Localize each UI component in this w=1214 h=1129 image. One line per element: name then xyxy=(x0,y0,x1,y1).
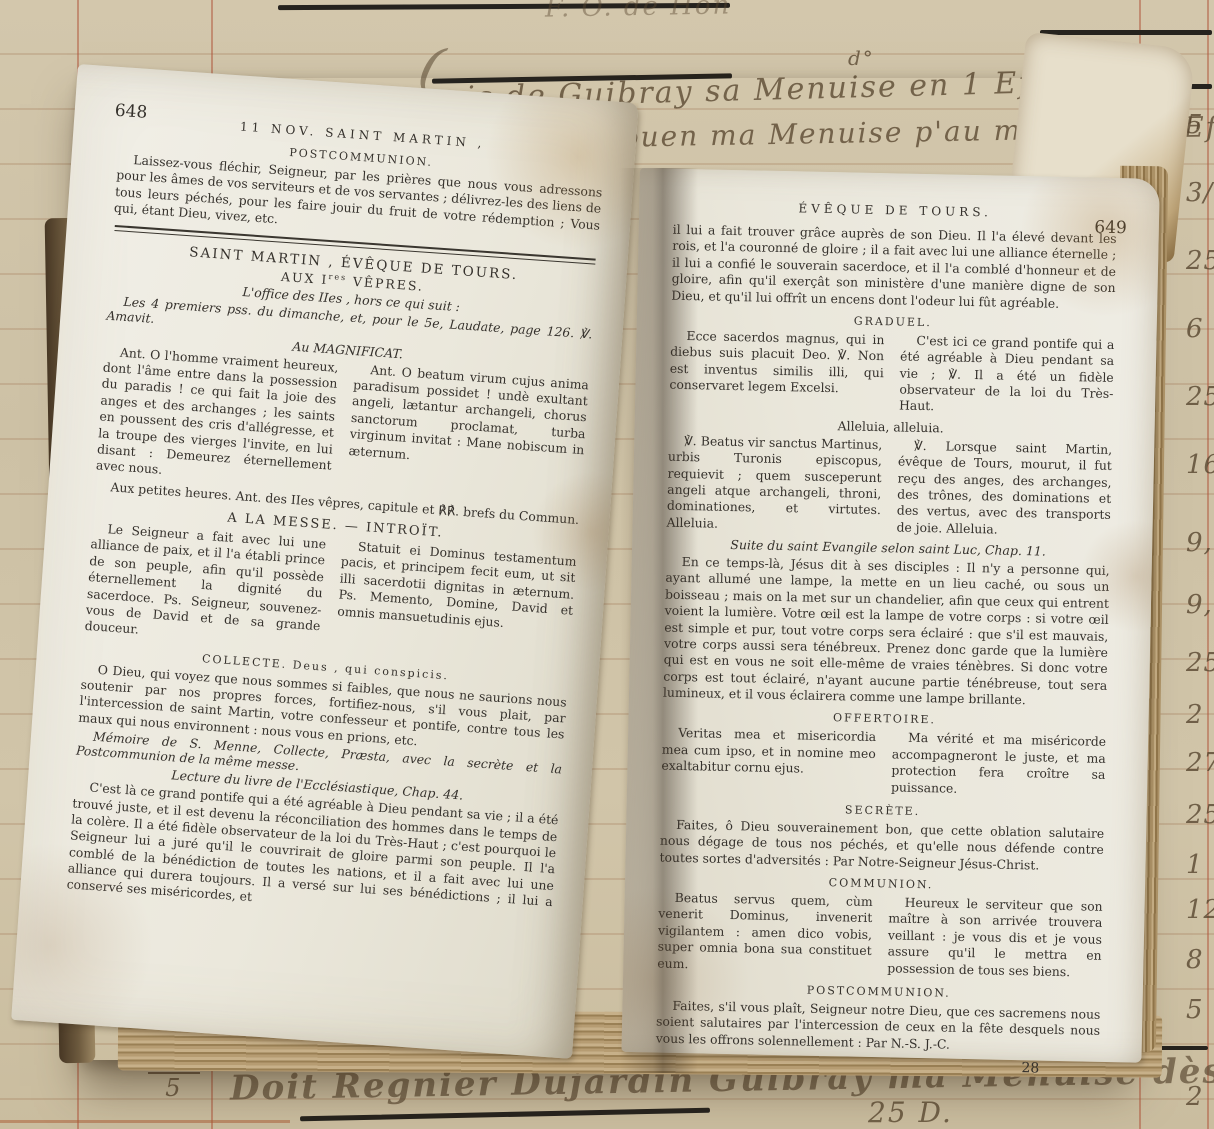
right-page-number: 649 xyxy=(1094,218,1127,239)
ledger-margin-number: 25 xyxy=(1186,800,1214,830)
introit-french: Le Seigneur a fait avec lui une alliance… xyxy=(84,520,326,651)
ledger-amount-bottom: 25 D. xyxy=(868,1096,953,1129)
graduel-columns: Ecce sacerdos magnus, qui in diebus suis… xyxy=(669,328,1115,421)
vespers-heading-sup: res xyxy=(328,272,347,282)
open-book: 648 11 NOV. SAINT MARTIN , POSTCOMMUNION… xyxy=(52,48,1170,1080)
ledger-margin-number: 9, xyxy=(1186,528,1213,558)
right-page: ÉVÊQUE DE TOURS. 649 il lui a fait trouv… xyxy=(621,168,1159,1063)
ledger-margin-number: 12 xyxy=(1186,895,1214,925)
photo-of-open-missal-on-ledger: { "colors":{"ledger_paper":"#cec2a7","le… xyxy=(0,0,1214,1129)
lecture-continuation-text: il lui a fait trouver grâce auprès de so… xyxy=(671,222,1117,313)
right-running-title: ÉVÊQUE DE TOURS. xyxy=(798,201,992,219)
alleluia-verse-french: ℣. Lorsque saint Martin, évêque de Tours… xyxy=(896,437,1112,540)
ledger-vertical-rule xyxy=(1207,0,1209,1129)
ledger-margin-number: 6 xyxy=(1186,314,1204,344)
communion-latin: Beatus servus quem, cùm venerit Dominus,… xyxy=(657,890,873,976)
offertoire-latin: Veritas mea et misericordia mea cum ipso… xyxy=(661,725,876,795)
offertoire-columns: Veritas mea et misericordia mea cum ipso… xyxy=(661,725,1106,802)
right-page-header: ÉVÊQUE DE TOURS. 649 xyxy=(673,195,1117,223)
vespers-heading-suffix: VÊPRES. xyxy=(346,273,424,293)
ledger-handwriting-top-faint: F. O. de Hon xyxy=(545,0,732,24)
ledger-margin-number: 3/ xyxy=(1186,178,1213,208)
graduel-french: C'est ici ce grand pontife qui a été agr… xyxy=(899,332,1115,418)
ledger-margin-number: 25 xyxy=(1186,246,1214,276)
ledger-red-rule xyxy=(0,1120,290,1123)
graduel-latin: Ecce sacerdos magnus, qui in diebus suis… xyxy=(669,328,885,414)
offertoire-french: Ma vérité et ma miséricorde accompagnero… xyxy=(891,730,1106,800)
ledger-margin-number: 27 xyxy=(1186,748,1214,778)
ledger-margin-number: 25 xyxy=(1186,648,1214,678)
ledger-margin-number: 25 xyxy=(1186,382,1214,412)
introit-latin: Statuit ei Dominus testamentum pacis, et… xyxy=(335,538,577,669)
right-postcommunion-text: Faites, s'il vous plaît, Seigneur notre … xyxy=(656,997,1101,1055)
magnificat-antiphon-latin: Ant. O beatum virum cujus anima paradisu… xyxy=(346,361,590,508)
vespers-heading-prefix: AUX I xyxy=(281,268,329,286)
evangile-text: En ce temps-là, Jésus dit à ses disciple… xyxy=(663,554,1110,711)
communion-french: Heureux le serviteur que son maître à so… xyxy=(887,894,1103,980)
ledger-margin-number: 9, xyxy=(1186,590,1213,620)
left-page-number: 648 xyxy=(114,101,148,123)
alleluia-verse-columns: ℣. Beatus vir sanctus Martinus, urbis Tu… xyxy=(666,432,1112,542)
communion-columns: Beatus servus quem, cùm venerit Dominus,… xyxy=(657,890,1103,983)
ledger-margin-number: 5 xyxy=(1186,995,1204,1025)
ledger-margin-number: 1 xyxy=(1186,850,1204,880)
ledger-margin-number: 16 xyxy=(1186,450,1214,480)
magnificat-antiphon-french: Ant. O l'homme vraiment heureux, dont l'… xyxy=(95,343,339,490)
ledger-margin-number: 8 xyxy=(1186,945,1204,975)
ledger-margin-number: 2 xyxy=(1186,700,1204,730)
alleluia-verse-latin: ℣. Beatus vir sanctus Martinus, urbis Tu… xyxy=(666,432,882,535)
secrete-text: Faites, ô Dieu souverainement bon, que c… xyxy=(659,816,1104,874)
ledger-ink-rule xyxy=(1040,30,1212,35)
left-page: 648 11 NOV. SAINT MARTIN , POSTCOMMUNION… xyxy=(11,64,638,1059)
